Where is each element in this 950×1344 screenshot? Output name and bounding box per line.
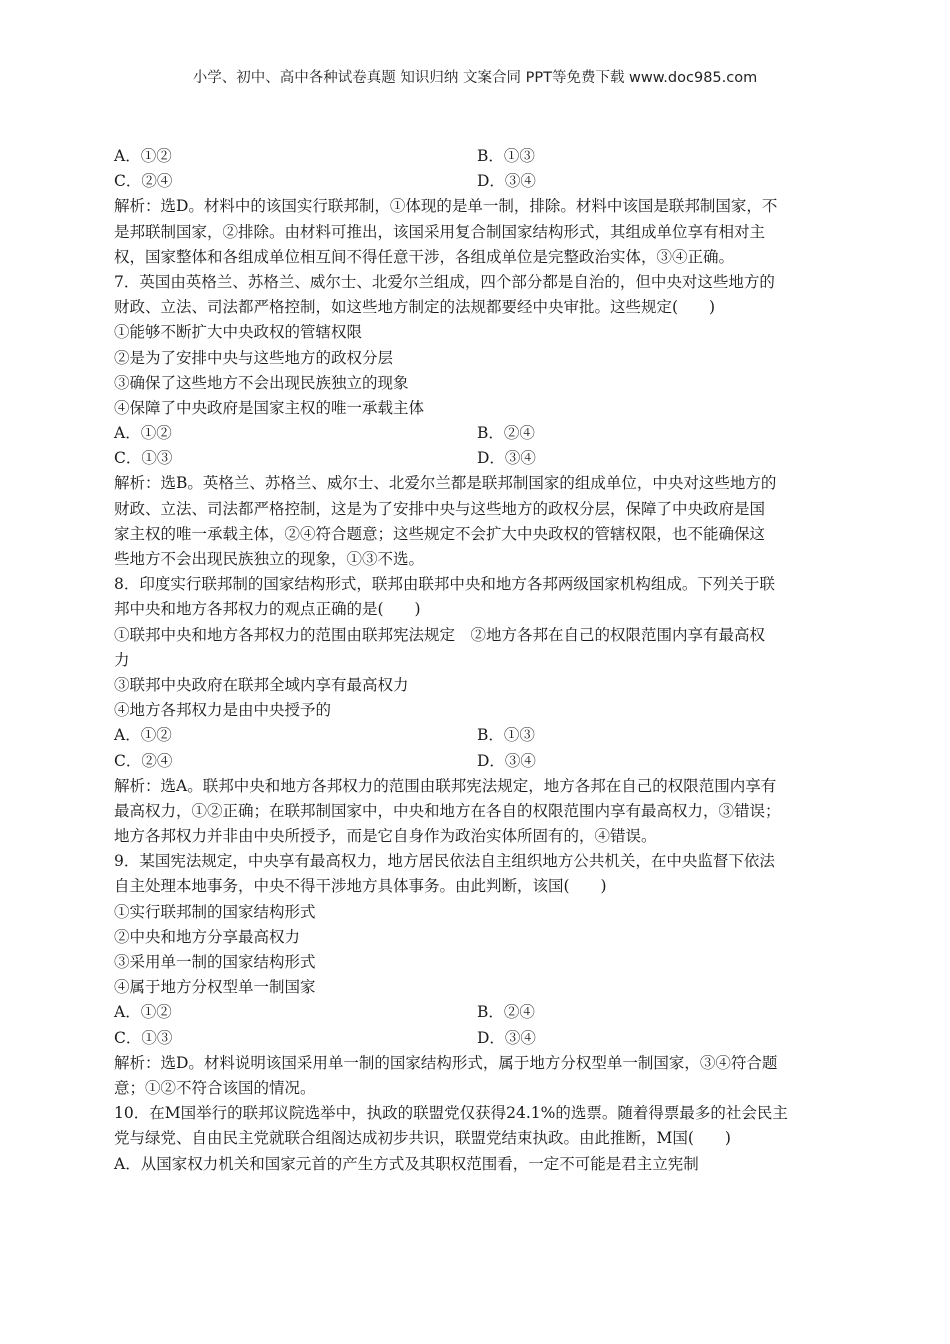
text-line: 8．印度实行联邦制的国家结构形式，联邦由联邦中央和地方各邦两级国家机构组成。下列… bbox=[114, 572, 840, 597]
answer-option: B．①③ bbox=[477, 723, 840, 748]
text-line: 7．英国由英格兰、苏格兰、威尔士、北爱尔兰组成，四个部分都是自治的，但中央对这些… bbox=[114, 270, 840, 295]
text-line: 最高权力，①②正确；在联邦制国家中，中央和地方在各自的权限范围内享有最高权力，③… bbox=[114, 799, 840, 824]
answer-option: C．①③ bbox=[114, 446, 477, 471]
answer-option: D．③④ bbox=[477, 1026, 840, 1051]
answer-option: A．①② bbox=[114, 723, 477, 748]
answer-option: A．①② bbox=[114, 1000, 477, 1025]
text-line: ④地方各邦权力是由中央授予的 bbox=[114, 698, 840, 723]
text-line: 解析：选D。材料中的该国实行联邦制，①体现的是单一制，排除。材料中该国是联邦制国… bbox=[114, 194, 840, 219]
text-line: ④保障了中央政府是国家主权的唯一承载主体 bbox=[114, 396, 840, 421]
text-line: A．从国家权力机关和国家元首的产生方式及其职权范围看，一定不可能是君主立宪制 bbox=[114, 1152, 840, 1177]
text-line: ①能够不断扩大中央政权的管辖权限 bbox=[114, 320, 840, 345]
text-line: 财政、立法、司法都严格控制，如这些地方制定的法规都要经中央审批。这些规定( ) bbox=[114, 295, 840, 320]
answer-options-row: C．①③D．③④ bbox=[114, 1026, 840, 1051]
page-header-banner: 小学、初中、高中各种试卷真题 知识归纳 文案合同 PPT等免费下载 www.do… bbox=[0, 66, 950, 87]
document-body: A．①②B．①③C．②④D．③④解析：选D。材料中的该国实行联邦制，①体现的是单… bbox=[114, 144, 840, 1177]
answer-option: C．②④ bbox=[114, 169, 477, 194]
text-line: ③确保了这些地方不会出现民族独立的现象 bbox=[114, 371, 840, 396]
text-line: 财政、立法、司法都严格控制，这是为了安排中央与这些地方的政权分层，保障了中央政府… bbox=[114, 497, 840, 522]
answer-options-row: A．①②B．①③ bbox=[114, 144, 840, 169]
text-line: 10．在M国举行的联邦议院选举中，执政的联盟党仅获得24.1%的选票。随着得票最… bbox=[114, 1101, 840, 1126]
text-line: 党与绿党、自由民主党就联合组阁达成初步共识，联盟党结束执政。由此推断，M国( ) bbox=[114, 1126, 840, 1151]
text-line: ③采用单一制的国家结构形式 bbox=[114, 950, 840, 975]
answer-options-row: C．①③D．③④ bbox=[114, 446, 840, 471]
answer-options-row: A．①②B．②④ bbox=[114, 421, 840, 446]
answer-options-row: A．①②B．①③ bbox=[114, 723, 840, 748]
text-line: ①联邦中央和地方各邦权力的范围由联邦宪法规定 ②地方各邦在自己的权限范围内享有最… bbox=[114, 623, 840, 648]
text-line: 解析：选B。英格兰、苏格兰、威尔士、北爱尔兰都是联邦制国家的组成单位，中央对这些… bbox=[114, 471, 840, 496]
answer-option: C．②④ bbox=[114, 749, 477, 774]
text-line: 自主处理本地事务，中央不得干涉地方具体事务。由此判断，该国( ) bbox=[114, 874, 840, 899]
answer-option: B．②④ bbox=[477, 421, 840, 446]
answer-option: A．①② bbox=[114, 421, 477, 446]
text-line: 邦中央和地方各邦权力的观点正确的是( ) bbox=[114, 597, 840, 622]
text-line: 9．某国宪法规定，中央享有最高权力，地方居民依法自主组织地方公共机关，在中央监督… bbox=[114, 849, 840, 874]
text-line: 解析：选D。材料说明该国采用单一制的国家结构形式，属于地方分权型单一制国家，③④… bbox=[114, 1051, 840, 1076]
answer-options-row: A．①②B．②④ bbox=[114, 1000, 840, 1025]
text-line: ②是为了安排中央与这些地方的政权分层 bbox=[114, 346, 840, 371]
answer-option: D．③④ bbox=[477, 169, 840, 194]
text-line: ①实行联邦制的国家结构形式 bbox=[114, 900, 840, 925]
text-line: ④属于地方分权型单一制国家 bbox=[114, 975, 840, 1000]
text-line: ③联邦中央政府在联邦全域内享有最高权力 bbox=[114, 673, 840, 698]
answer-option: C．①③ bbox=[114, 1026, 477, 1051]
answer-options-row: C．②④D．③④ bbox=[114, 749, 840, 774]
answer-option: D．③④ bbox=[477, 446, 840, 471]
text-line: 些地方不会出现民族独立的现象，①③不选。 bbox=[114, 547, 840, 572]
text-line: ②中央和地方分享最高权力 bbox=[114, 925, 840, 950]
text-line: 权，国家整体和各组成单位相互间不得任意干涉，各组成单位是完整政治实体，③④正确。 bbox=[114, 245, 840, 270]
text-line: 意；①②不符合该国的情况。 bbox=[114, 1076, 840, 1101]
answer-option: A．①② bbox=[114, 144, 477, 169]
answer-option: B．②④ bbox=[477, 1000, 840, 1025]
text-line: 地方各邦权力并非由中央所授予，而是它自身作为政治实体所固有的，④错误。 bbox=[114, 824, 840, 849]
text-line: 解析：选A。联邦中央和地方各邦权力的范围由联邦宪法规定，地方各邦在自己的权限范围… bbox=[114, 774, 840, 799]
answer-option: D．③④ bbox=[477, 749, 840, 774]
answer-option: B．①③ bbox=[477, 144, 840, 169]
answer-options-row: C．②④D．③④ bbox=[114, 169, 840, 194]
text-line: 力 bbox=[114, 648, 840, 673]
text-line: 家主权的唯一承载主体，②④符合题意；这些规定不会扩大中央政权的管辖权限，也不能确… bbox=[114, 522, 840, 547]
text-line: 是邦联制国家，②排除。由材料可推出，该国采用复合制国家结构形式，其组成单位享有相… bbox=[114, 220, 840, 245]
